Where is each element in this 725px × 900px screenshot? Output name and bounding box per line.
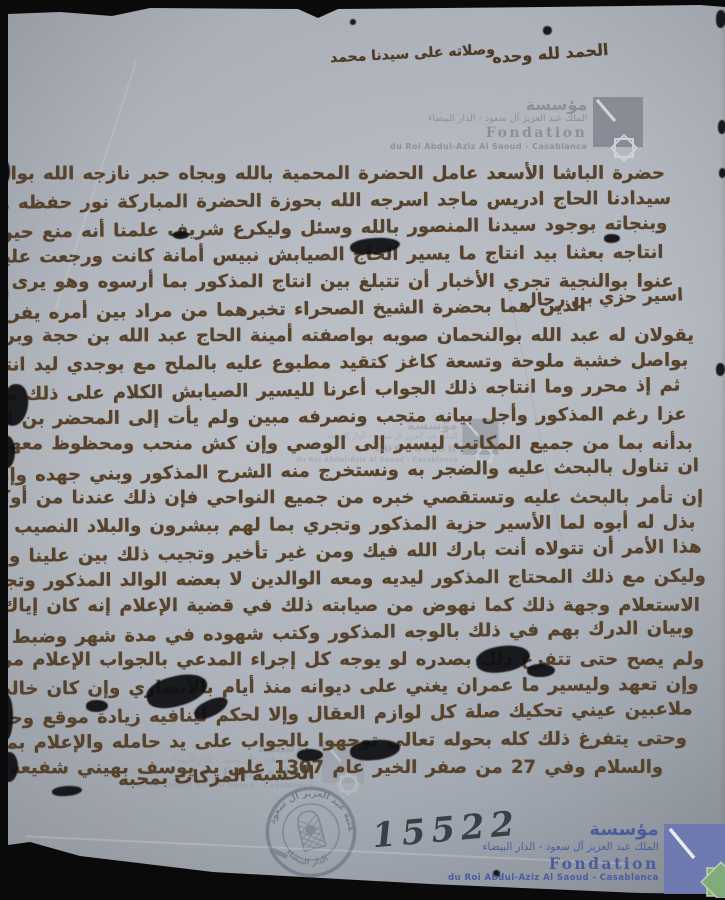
manuscript-line: عزا رغم المذكور وأجل بيانه متجب ونصرفه م… bbox=[0, 403, 725, 435]
manuscript-line: والسلام وفي 27 من صفر الخير عام 1307 على… bbox=[2, 757, 725, 785]
watermark-top-text: مؤسسة الملك عبد العزيز آل سعود - الدار ا… bbox=[390, 96, 587, 152]
ink-blot bbox=[52, 785, 83, 797]
foundation-name-arabic: مؤسسة bbox=[390, 96, 587, 113]
edge-nick bbox=[718, 120, 725, 134]
foundation-subtitle-french: du Roi Abdul-Aziz Al Saoud - Casablanca bbox=[448, 873, 659, 883]
manuscript-line: وليكن مع ذلك المحتاج المذكور ليديه ومعه … bbox=[1, 565, 725, 597]
manuscript-line: حضرة الباشا الأسعد عامل الحضرة المحمية ب… bbox=[0, 163, 723, 191]
scanned-manuscript-page: { "watermark": { "name_ar": "مؤسسة", "su… bbox=[0, 0, 725, 900]
ink-blot bbox=[604, 234, 620, 243]
ink-dot bbox=[350, 19, 356, 25]
foundation-subtitle-arabic: الملك عبد العزيز آل سعود - الدار البيضاء bbox=[448, 840, 659, 854]
foundation-name-french: Fondation bbox=[448, 854, 659, 873]
praise-note-left: وصلاته على سيدنا محمد bbox=[330, 42, 496, 67]
foundation-subtitle-french: du Roi Abdul-Aziz Al Saoud - Casablanca bbox=[390, 142, 587, 152]
watermark-top: مؤسسة الملك عبد العزيز آل سعود - الدار ا… bbox=[390, 96, 644, 162]
manuscript-line: إن تأمر بالبحث عليه وتستقصي خبره من جميع… bbox=[0, 487, 725, 515]
edge-nick bbox=[719, 168, 725, 178]
manuscript-line: يقولان له عبد الله بوالنحمان صوبه بواصفت… bbox=[0, 325, 724, 353]
ink-dot bbox=[543, 26, 552, 35]
praise-note-right: الحمد لله وحده bbox=[491, 40, 609, 67]
library-stamp: مكتبة عبد العزيز آل سعود الدار البيضاء bbox=[260, 785, 362, 879]
watermark-bottom-right-text: مؤسسة الملك عبد العزيز آل سعود - الدار ا… bbox=[448, 820, 659, 883]
foundation-subtitle-arabic: الملك عبد العزيز آل سعود - الدار البيضاء bbox=[390, 113, 587, 125]
edge-nick bbox=[716, 10, 725, 28]
manuscript-line: ولم يصح حتى تتفرغ ذلك بصدره لو يوجه كل إ… bbox=[1, 649, 725, 677]
svg-text:مكتبة عبد العزيز آل سعود: مكتبة عبد العزيز آل سعود bbox=[260, 785, 356, 833]
foundation-name-arabic: مؤسسة bbox=[448, 820, 659, 840]
foundation-name-french: Fondation bbox=[390, 125, 587, 142]
ink-blot bbox=[86, 700, 108, 712]
foundation-logo-icon bbox=[664, 820, 725, 898]
manuscript-paper: مؤسسة الملك عبد العزيز آل سعود - الدار ا… bbox=[0, 0, 725, 900]
ink-blot bbox=[297, 749, 323, 761]
watermark-bottom-right: مؤسسة الملك عبد العزيز آل سعود - الدار ا… bbox=[448, 820, 725, 898]
edge-nick bbox=[716, 363, 725, 376]
edge-nick bbox=[0, 284, 8, 304]
foundation-logo-icon bbox=[592, 96, 644, 162]
